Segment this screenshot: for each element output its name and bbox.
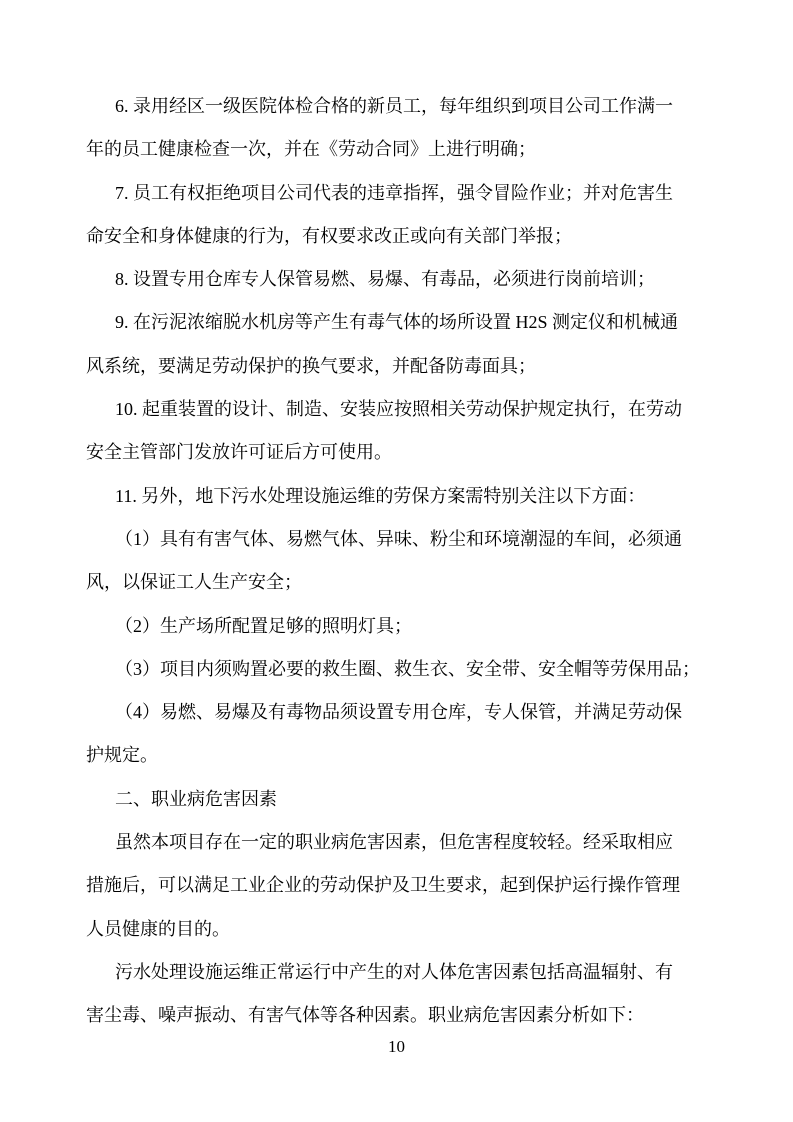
document-page: 6. 录用经区一级医院体检合格的新员工，每年组织到项目公司工作满一 年的员工健康… — [0, 0, 793, 1122]
paragraph-item-11: 11. 另外，地下污水处理设施运维的劳保方案需特别关注以下方面： — [86, 475, 710, 518]
paragraph-body-2: 污水处理设施运维正常运行中产生的对人体危害因素包括高温辐射、有 害尘毒、噪声振动… — [86, 951, 710, 1038]
paragraph-sub-2: （2）生产场所配置足够的照明灯具； — [86, 605, 710, 648]
paragraph-sub-4: （4）易燃、易爆及有毒物品须设置专用仓库，专人保管，并满足劳动保 护规定。 — [86, 691, 710, 778]
page-footer: 10 — [0, 1037, 793, 1057]
page-number: 10 — [388, 1037, 405, 1056]
paragraph-body-1: 虽然本项目存在一定的职业病危害因素，但危害程度较轻。经采取相应 措施后，可以满足… — [86, 821, 710, 951]
document-body: 6. 录用经区一级医院体检合格的新员工，每年组织到项目公司工作满一 年的员工健康… — [86, 85, 710, 1038]
paragraph-item-9: 9. 在污泥浓缩脱水机房等产生有毒气体的场所设置 H2S 测定仪和机械通 风系统… — [86, 301, 710, 388]
paragraph-sub-1: （1）具有有害气体、易燃气体、异味、粉尘和环境潮湿的车间，必须通 风，以保证工人… — [86, 518, 710, 605]
paragraph-item-6: 6. 录用经区一级医院体检合格的新员工，每年组织到项目公司工作满一 年的员工健康… — [86, 85, 710, 172]
paragraph-item-10: 10. 起重装置的设计、制造、安装应按照相关劳动保护规定执行，在劳动 安全主管部… — [86, 388, 710, 475]
paragraph-sub-3: （3）项目内须购置必要的救生圈、救生衣、安全带、安全帽等劳保用品； — [86, 648, 710, 691]
section-heading-occupational-disease: 二、职业病危害因素 — [86, 778, 710, 821]
paragraph-item-7: 7. 员工有权拒绝项目公司代表的违章指挥，强令冒险作业；并对危害生 命安全和身体… — [86, 172, 710, 259]
paragraph-item-8: 8. 设置专用仓库专人保管易燃、易爆、有毒品，必须进行岗前培训； — [86, 258, 710, 301]
